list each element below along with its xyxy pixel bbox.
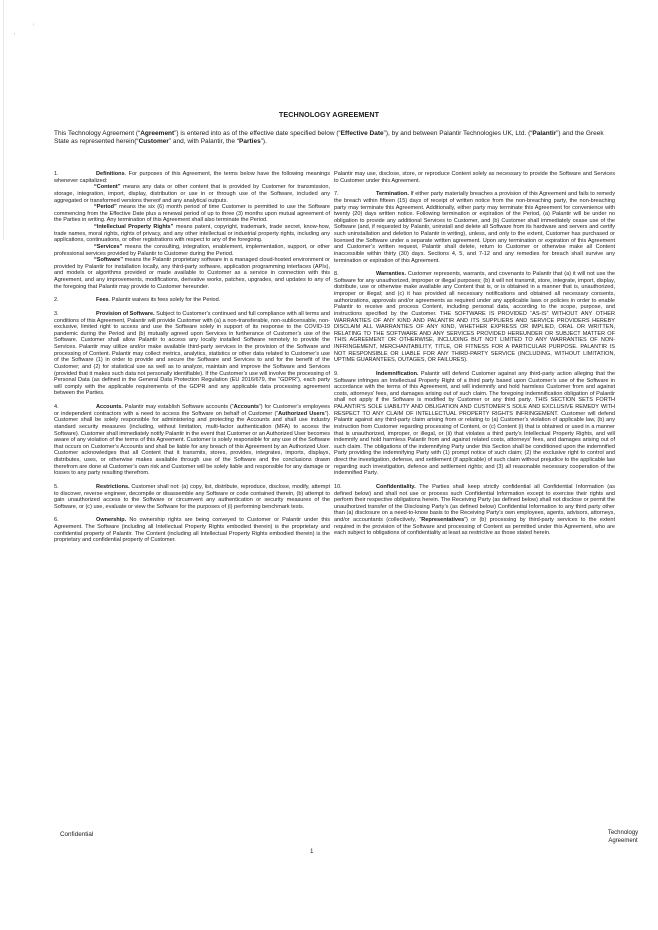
section-number: 10. xyxy=(334,484,376,491)
defined-term: Authorized Users xyxy=(278,411,325,417)
left-column: 1.Definitions. For purposes of this Agre… xyxy=(54,171,330,551)
section-accounts: 4.Accounts. Palantir may establish Softw… xyxy=(54,404,330,477)
section-number: 2. xyxy=(54,297,96,304)
intro-text: ” and, with Palantir, the “ xyxy=(169,138,239,145)
section-restrictions: 5.Restrictions. Customer shall not: (a) … xyxy=(54,484,330,511)
definition-ip-rights: “Intellectual Property Rights” means pat… xyxy=(54,224,330,244)
section-number: 3. xyxy=(54,311,96,318)
section-heading: Restrictions. xyxy=(96,484,130,490)
section-text: ”). Customer shall be solely responsible… xyxy=(54,411,330,477)
scan-artifact: ⁝ xyxy=(33,22,35,28)
document-title: TECHNOLOGY AGREEMENT xyxy=(0,110,658,119)
scan-artifact: ι xyxy=(14,31,15,36)
section-termination: 7.Termination. If either party materiall… xyxy=(334,191,615,264)
defined-term: “Period” xyxy=(94,204,117,210)
section-number: 9. xyxy=(334,371,376,378)
section-number: 7. xyxy=(334,191,376,198)
section-text: If either party materially breaches a pr… xyxy=(334,191,615,263)
section-definitions: 1.Definitions. For purposes of this Agre… xyxy=(54,171,330,184)
section-text: Palantir will defend Customer against an… xyxy=(334,371,615,476)
defined-term: Effective Date xyxy=(341,130,384,137)
footer-document-name-line: Technology xyxy=(598,829,648,837)
page-number: 1 xyxy=(310,848,313,855)
defined-term: Parties xyxy=(239,138,261,145)
section-heading: Termination. xyxy=(376,191,409,197)
intro-text: This Technology Agreement (“ xyxy=(54,130,140,137)
section-number: 6. xyxy=(54,517,96,524)
footer-document-name: Technology Agreement xyxy=(598,829,648,845)
definition-software: “Software” means the Palantir proprietar… xyxy=(54,257,330,290)
footer-confidential-label: Confidential xyxy=(60,831,93,838)
section-ownership-continued: Palantir may use, disclose, store, or re… xyxy=(334,171,615,184)
intro-text: ”), by and between Palantir Technologies… xyxy=(384,130,533,137)
section-fees: 2.Fees. Palantir waives its fees solely … xyxy=(54,297,330,304)
defined-term: “Services” xyxy=(94,244,122,250)
scan-edge-line xyxy=(3,0,4,240)
section-heading: Ownership. xyxy=(96,517,126,523)
section-confidentiality: 10.Confidentiality. The Parties shall ke… xyxy=(334,484,615,537)
section-heading: Provision of Software. xyxy=(96,311,155,317)
section-text: Palantir may use, disclose, store, or re… xyxy=(334,171,615,184)
defined-term: “Intellectual Property Rights” xyxy=(94,224,173,230)
section-heading: Fees xyxy=(96,297,109,303)
section-number: 1. xyxy=(54,171,96,178)
defined-term: Palantir xyxy=(532,130,556,137)
section-heading: Warranties. xyxy=(376,271,406,277)
section-number: 5. xyxy=(54,484,96,491)
section-heading: Accounts. xyxy=(96,404,123,410)
intro-paragraph: This Technology Agreement (“Agreement”) … xyxy=(54,130,614,147)
section-number: 8. xyxy=(334,271,376,278)
section-ownership: 6.Ownership. No ownership rights are bei… xyxy=(54,517,330,544)
footer-document-name-line: Agreement xyxy=(598,837,648,845)
section-text: Customer represents, warrants, and coven… xyxy=(334,271,615,363)
section-heading: Definitions xyxy=(96,171,125,177)
defined-term: Representatives xyxy=(421,517,464,523)
defined-term: Agreement xyxy=(140,130,174,137)
defined-term: Accounts xyxy=(234,404,259,410)
definition-period: “Period” means the six (6) month period … xyxy=(54,204,330,224)
right-column: Palantir may use, disclose, store, or re… xyxy=(334,171,615,544)
intro-text: ”) is entered into as of the effective d… xyxy=(174,130,340,137)
section-provision-of-software: 3.Provision of Software. Subject to Cust… xyxy=(54,311,330,397)
defined-term: “Content” xyxy=(94,184,121,190)
section-text: Palantir may establish Software accounts… xyxy=(123,404,234,410)
definition-services: “Services” means the consulting, integra… xyxy=(54,244,330,257)
section-warranties: 8.Warranties. Customer represents, warra… xyxy=(334,271,615,364)
section-number: 4. xyxy=(54,404,96,411)
section-indemnification: 9.Indemnification. Palantir will defend … xyxy=(334,371,615,477)
section-heading: Indemnification. xyxy=(376,371,419,377)
intro-text: ”). xyxy=(261,138,267,145)
section-text: Subject to Customer’s continued and full… xyxy=(54,311,330,397)
defined-term: Customer xyxy=(139,138,169,145)
section-text: . Palantir waives its fees solely for th… xyxy=(109,297,221,303)
definition-content: “Content” means any data or other conten… xyxy=(54,184,330,204)
defined-term: “Software” xyxy=(94,257,123,263)
section-heading: Confidentiality. xyxy=(376,484,416,490)
